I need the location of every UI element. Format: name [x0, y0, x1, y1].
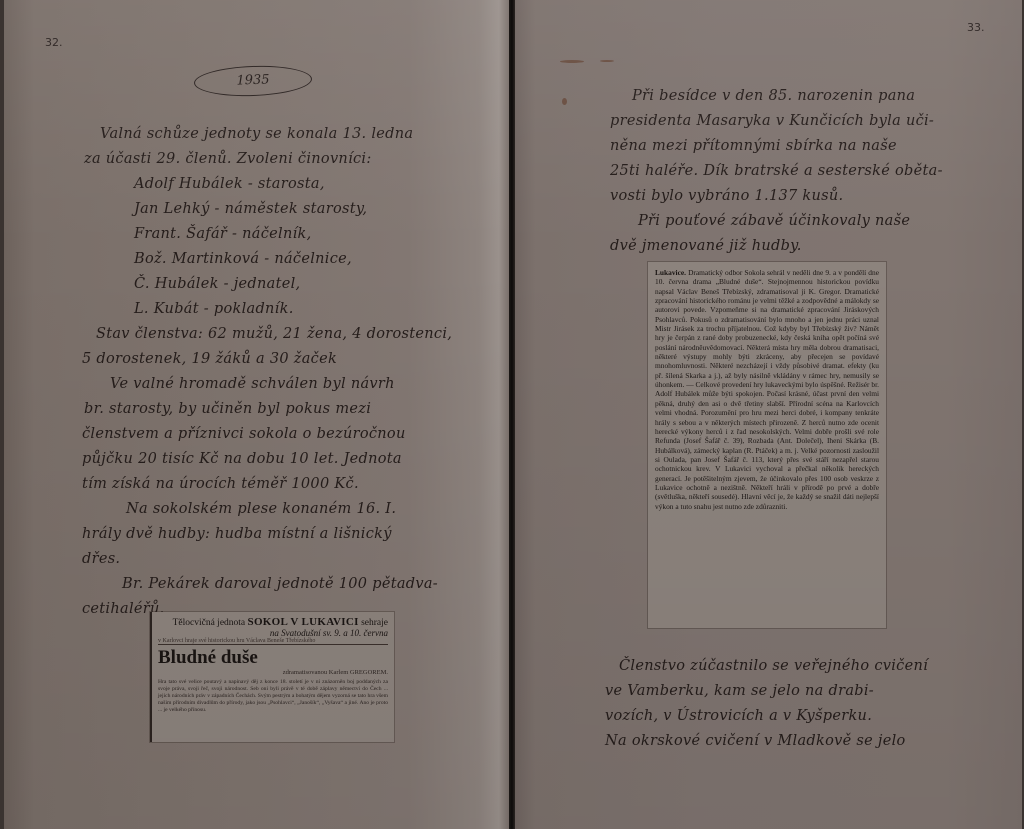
text-line: Při besídce v den 85. narozenin pana — [632, 84, 943, 109]
ink-stain — [600, 60, 614, 62]
text-line: Ve valné hromadě schválen byl návrh — [110, 372, 452, 397]
handwritten-entry: Valná schůze jednoty se konala 13. ledna… — [100, 122, 452, 622]
open-ledger-book: 32. 1935 Valná schůze jednoty se konala … — [0, 0, 1024, 829]
clipping-date: na Svatodušní sv. 9. a 10. června — [158, 628, 388, 638]
text-line: půjčku 20 tisíc Kč na dobu 10 let. Jedno… — [82, 447, 452, 472]
text-line: 25ti haléře. Dík bratrské a sesterské ob… — [610, 159, 943, 184]
handwritten-entry: Členstvo zúčastnilo se veřejného cvičení… — [619, 654, 928, 754]
text-line: Valná schůze jednoty se konala 13. ledna — [100, 122, 452, 147]
clipping-header: Tělocvičná jednota SOKOL V LUKAVICI sehr… — [158, 616, 388, 628]
handwritten-entry: Při besídce v den 85. narozenin pana pre… — [632, 84, 943, 259]
text-line: dřes. — [82, 547, 452, 572]
text-line: Adolf Hubálek - starosta, — [134, 172, 452, 197]
text-line: tím získá na úrocích téměř 1000 Kč. — [82, 472, 452, 497]
ink-stain — [560, 60, 584, 63]
text-line: 5 dorostenek, 19 žáků a 30 žaček — [82, 347, 452, 372]
text-line: Bož. Martinková - náčelnice, — [134, 247, 452, 272]
clipping-body: Hra tato své velice poutavý a napínavý d… — [158, 679, 388, 714]
text-line: br. starosty, by učiněn byl pokus mezi — [84, 397, 452, 422]
left-page: 32. 1935 Valná schůze jednoty se konala … — [4, 0, 509, 829]
text-line: členstvem a příznivci sokola o bezúročno… — [82, 422, 452, 447]
ink-stain — [562, 98, 567, 105]
newspaper-clipping-review: Lukavice. Dramatický odbor Sokola sehrál… — [648, 262, 886, 628]
text-line: vozích, v Ústrovicích a v Kyšperku. — [605, 704, 928, 729]
text-line: Stav členstva: 62 mužů, 21 žena, 4 doros… — [96, 322, 452, 347]
text-line: něna mezi přítomnými sbírka na naše — [610, 134, 943, 159]
text-line: Č. Hubálek - jednatel, — [134, 272, 452, 297]
text-line: Jan Lehký - náměstek starosty, — [134, 197, 452, 222]
clipping-credit: zdramatisovanou Karlem GREGOREM. — [158, 669, 388, 676]
clipping-lead: Lukavice. — [655, 268, 686, 277]
text-line: za účasti 29. členů. Zvoleni činovníci: — [84, 147, 452, 172]
text-line: ve Vamberku, kam se jelo na drabi- — [605, 679, 928, 704]
text-line: Při pouťové zábavě účinkovaly naše — [638, 209, 943, 234]
clipping-subline: v Karlovci hraje své historickou hru Vác… — [158, 638, 388, 645]
text-line: hrály dvě hudby: hudba místní a lišnický — [82, 522, 452, 547]
text-line: Frant. Šafář - náčelník, — [134, 222, 452, 247]
text-line: Br. Pekárek daroval jednotě 100 pětadva- — [122, 572, 452, 597]
text-line: dvě jmenované již hudby. — [610, 234, 943, 259]
newspaper-clipping-announcement: Tělocvičná jednota SOKOL V LUKAVICI sehr… — [150, 612, 394, 742]
text-line: Členstvo zúčastnilo se veřejného cvičení — [619, 654, 928, 679]
page-number: 32. — [45, 36, 63, 49]
text-line: Na sokolském plese konaném 16. I. — [126, 497, 452, 522]
clipping-body: Dramatický odbor Sokola sehrál v neděli … — [655, 268, 879, 511]
page-number: 33. — [967, 21, 985, 34]
text-line: presidenta Masaryka v Kunčicích byla uči… — [610, 109, 943, 134]
text-line: Na okrskové cvičení v Mladkově se jelo — [605, 729, 928, 754]
clipping-title: Bludné duše — [158, 647, 388, 669]
year-heading: 1935 — [194, 64, 313, 98]
text-line: vosti bylo vybráno 1.137 kusů. — [610, 184, 943, 209]
right-page: 33. Při besídce v den 85. narozenin pana… — [515, 0, 1022, 829]
text-line: L. Kubát - pokladník. — [134, 297, 452, 322]
